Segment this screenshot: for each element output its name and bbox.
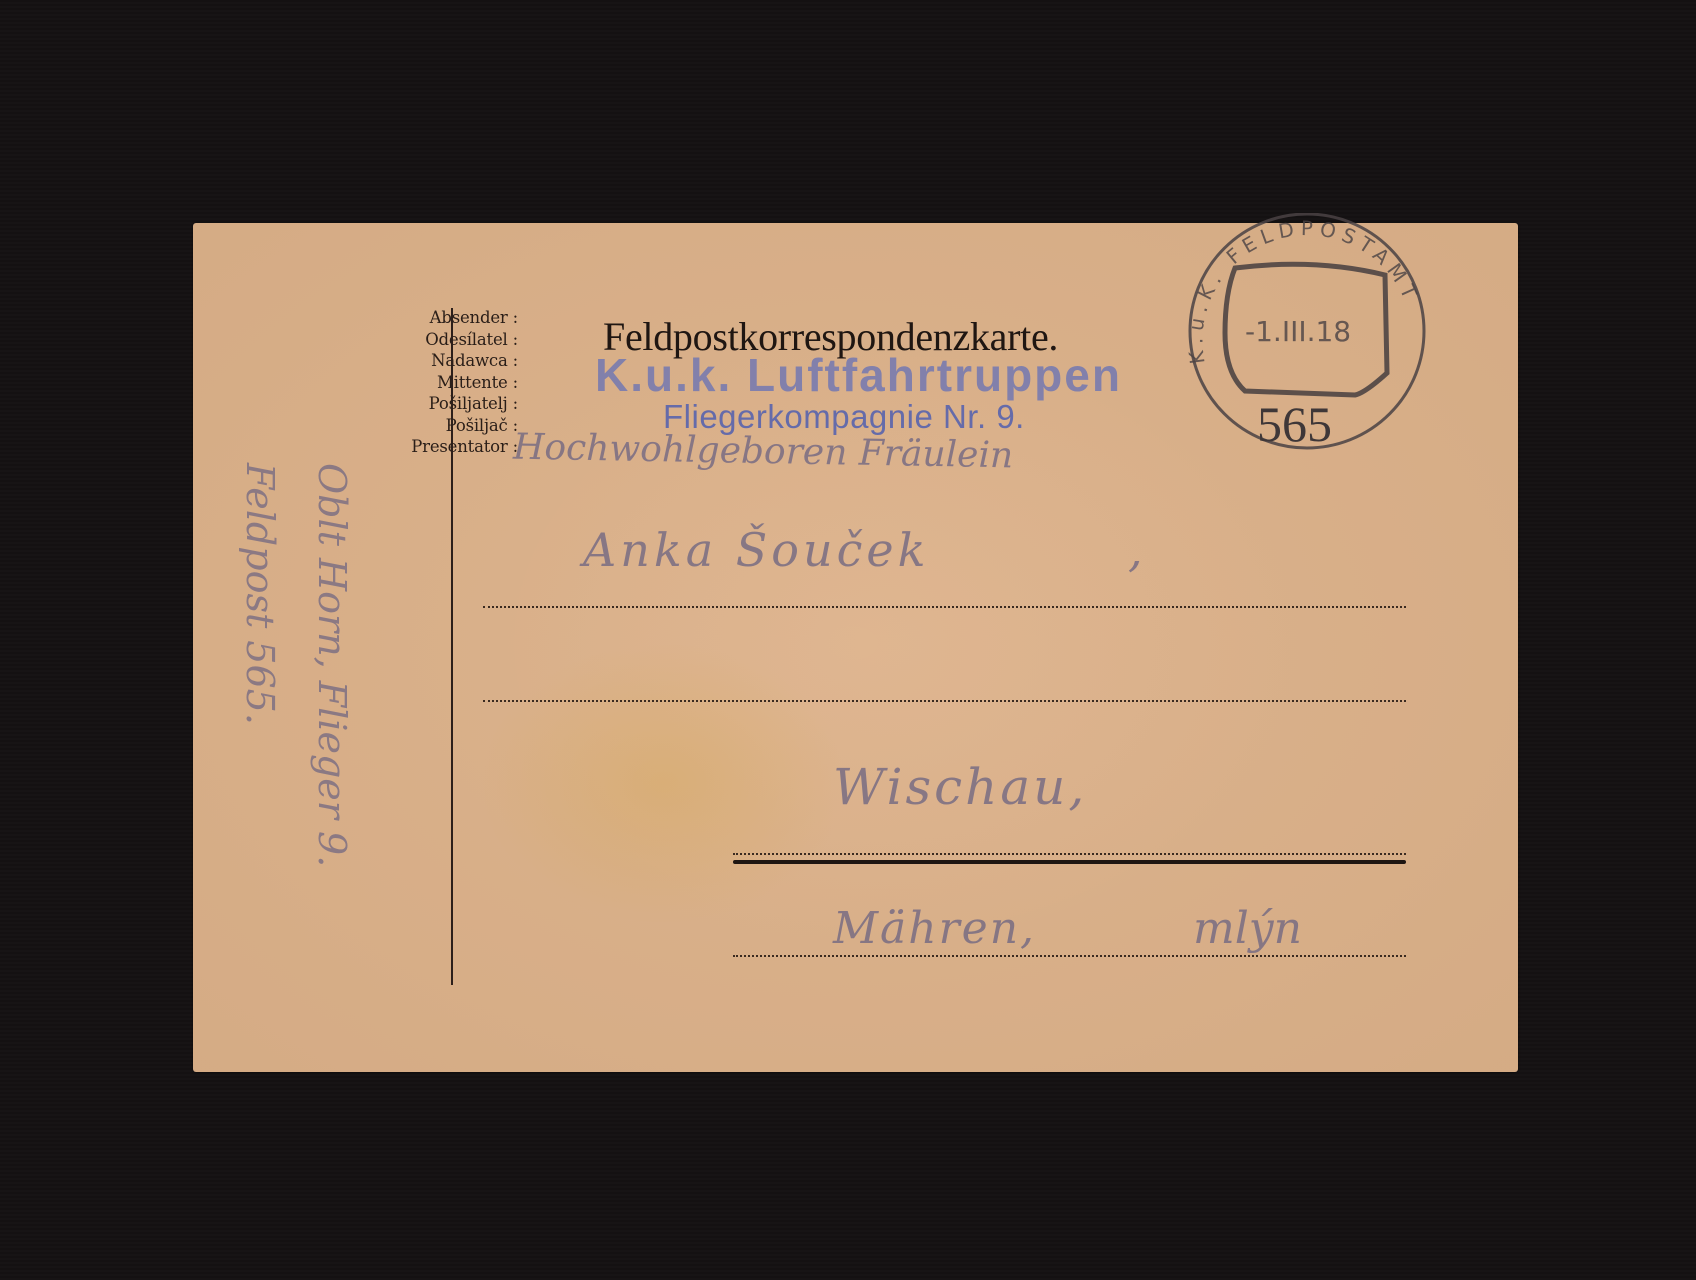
sender-label-polish: Nadawca : — [293, 350, 518, 372]
sender-label-croatian: Pošiljač : — [293, 415, 518, 437]
sender-label-german: Absender : — [293, 307, 518, 329]
address-line-1 — [483, 606, 1406, 608]
address-line-2 — [483, 700, 1406, 702]
sender-handwriting-line2: Feldpost 565. — [224, 463, 296, 867]
address-line-4 — [733, 955, 1406, 957]
address-line-3 — [733, 853, 1406, 855]
salutation-handwriting: Hochwohlgeboren Fräulein — [513, 427, 1014, 477]
postmark-number: 565 — [1257, 396, 1332, 452]
city-underline-rule — [733, 860, 1406, 864]
recipient-name-comma: , — [1128, 523, 1143, 577]
sender-handwriting: Oblt Horn, Flieger 9. Feldpost 565. — [224, 463, 368, 867]
sender-label-slovene: Pošiljatelj : — [293, 393, 518, 415]
sender-label-czech: Odesílatel : — [293, 329, 518, 351]
region-suffix-handwriting: mlýn — [1193, 903, 1302, 954]
sender-labels: Absender : Odesílatel : Nadawca : Mitten… — [293, 307, 518, 458]
card-title: Feldpostkorrespondenzkarte. — [603, 313, 1058, 360]
postcard: Absender : Odesílatel : Nadawca : Mitten… — [193, 223, 1518, 1072]
postmark-date: -1.III.18 — [1245, 315, 1351, 348]
sender-label-italian: Mittente : — [293, 372, 518, 394]
sender-handwriting-line1: Oblt Horn, Flieger 9. — [296, 463, 368, 867]
city-handwriting: Wischau, — [833, 758, 1087, 816]
recipient-name-handwriting: Anka Šouček — [583, 523, 929, 577]
postmark-cancel: K.u.K. FELDPOSTAMT -1.III.18 565 — [1165, 213, 1435, 453]
region-handwriting: Mähren, — [833, 903, 1036, 954]
sender-label-romanian: Presentator : — [293, 436, 518, 458]
sender-divider-rule — [451, 308, 453, 985]
